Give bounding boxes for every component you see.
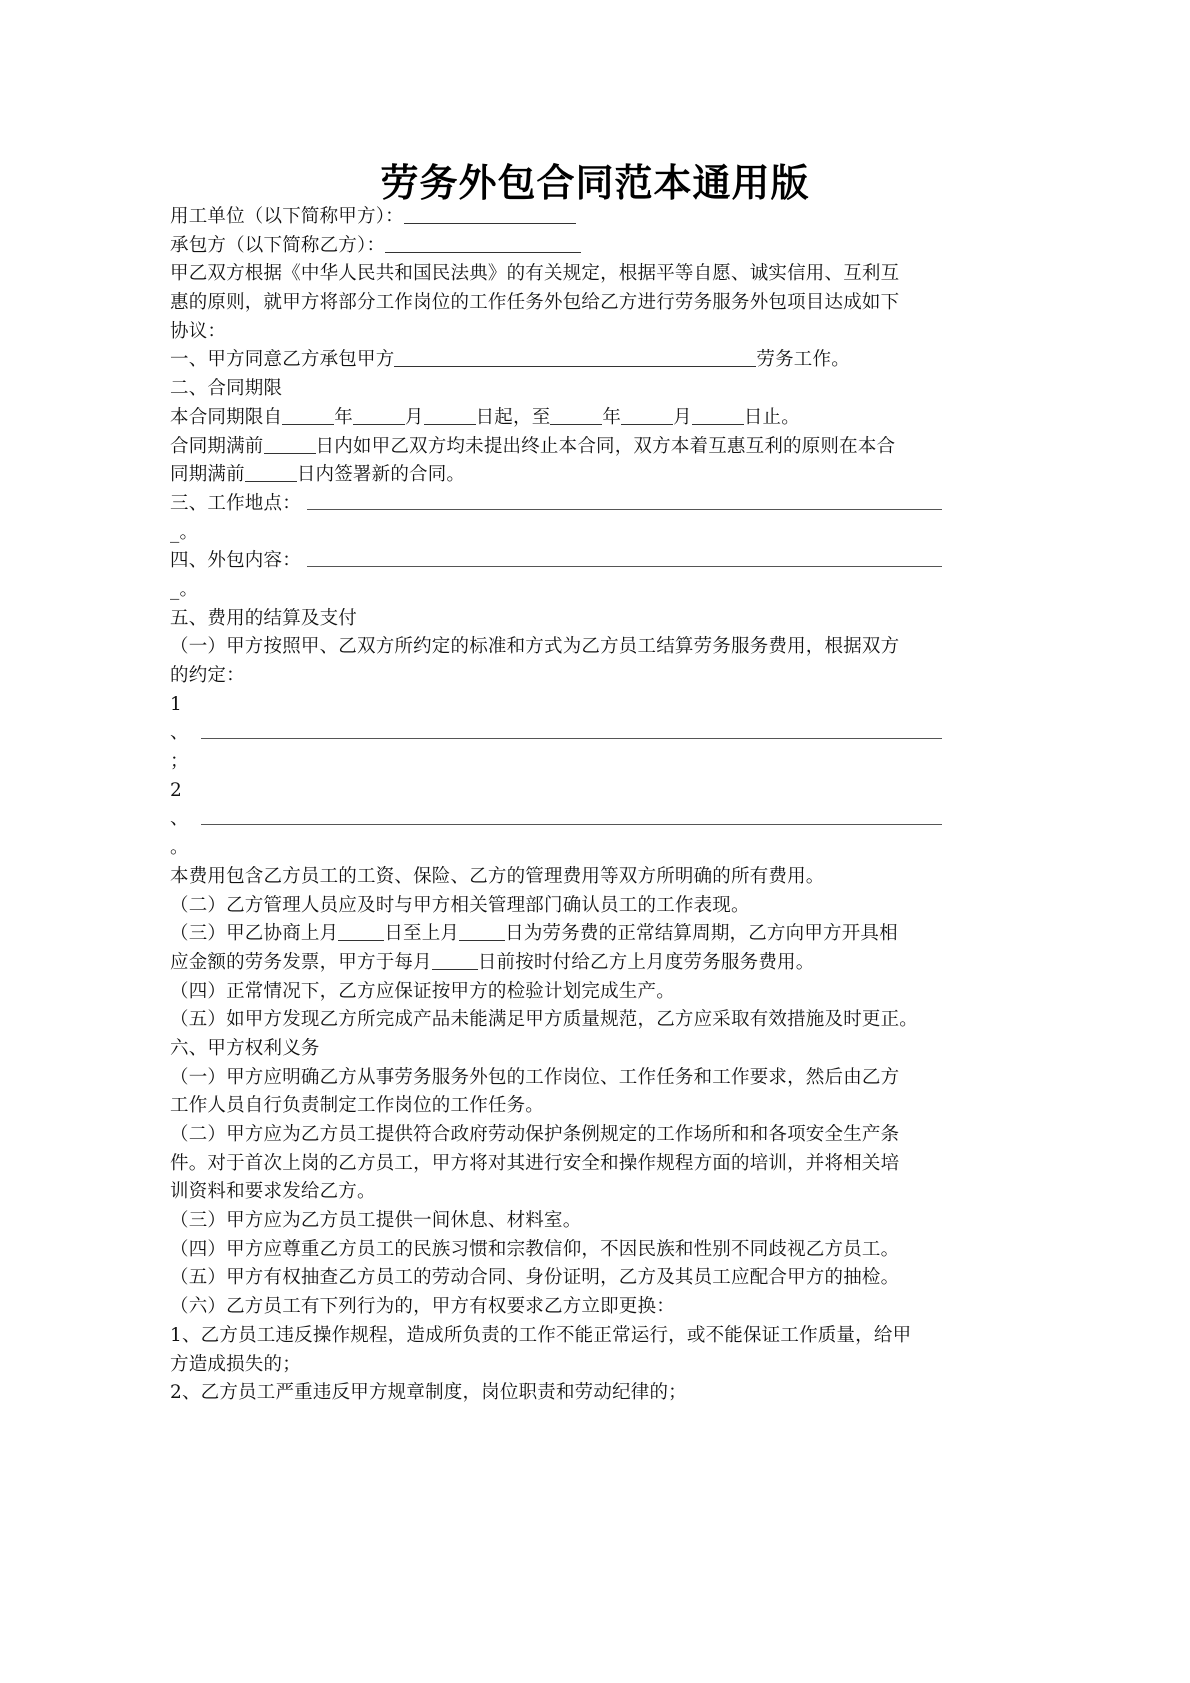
item-1-end: ； [170,748,942,777]
start-day-blank[interactable] [424,405,476,425]
renewal-text: 日内如甲乙双方均未提出终止本合同，双方本着互惠互利的原则在本合 [316,436,896,457]
section-6-line: （三）甲方应为乙方员工提供一间休息、材料室。 [170,1207,942,1236]
term-text: 日止。 [744,407,800,428]
item-1-number: 1 [170,691,942,720]
p3-text: 日至上月 [384,923,459,944]
work-location-label: 三、工作地点： [170,490,301,519]
section-6-heading: 六、甲方权利义务 [170,1035,942,1064]
fee-note: 本费用包含乙方员工的工资、保险、乙方的管理费用等双方所明确的所有费用。 [170,863,942,892]
contract-term-line: 本合同期限自年月日起，至年月日止。 [170,404,942,433]
renewal-line: 合同期满前日内如甲乙双方均未提出终止本合同，双方本着互惠互利的原则在本合 [170,433,942,462]
term-text: 日起，至 [476,407,551,428]
end-month-blank[interactable] [621,405,673,425]
section-6-line: 1、乙方员工违反操作规程，造成所负责的工作不能正常运行，或不能保证工作质量，给甲 [170,1322,942,1351]
pay-day-blank[interactable] [432,950,478,970]
preamble-line: 协议： [170,318,942,347]
item-2-blank[interactable] [201,805,942,825]
section-1-blank[interactable] [394,347,756,367]
section-5-p2: （二）乙方管理人员应及时与甲方相关管理部门确认员工的工作表现。 [170,892,942,921]
term-text: 月 [405,407,424,428]
term-text: 月 [673,407,692,428]
section-5-p5: （五）如甲方发现乙方所完成产品未能满足甲方质量规范，乙方应采取有效措施及时更正。 [170,1006,942,1035]
section-5-p3: （三）甲乙协商上月日至上月日为劳务费的正常结算周期，乙方向甲方开具相 [170,920,942,949]
party-b-label: 承包方（以下简称乙方）： [170,235,385,256]
section-5-p4: （四）正常情况下，乙方应保证按甲方的检验计划完成生产。 [170,978,942,1007]
section-6-line: （二）甲方应为乙方员工提供符合政府劳动保护条例规定的工作场所和和各项安全生产条 [170,1121,942,1150]
section-1: 一、甲方同意乙方承包甲方劳务工作。 [170,346,942,375]
section-6-line: 件。对于首次上岗的乙方员工，甲方将对其进行安全和操作规程方面的培训，并将相关培 [170,1150,942,1179]
item-2-end: 。 [170,834,942,863]
section-6-line: （一）甲方应明确乙方从事劳务服务外包的工作岗位、工作任务和工作要求，然后由乙方 [170,1064,942,1093]
period-end-day-blank[interactable] [459,921,505,941]
document-page: 劳务外包合同范本通用版 用工单位（以下简称甲方）： 承包方（以下简称乙方）： 甲… [0,0,1190,1683]
sign-days-blank[interactable] [245,462,297,482]
renewal-days-blank[interactable] [264,434,316,454]
section-6-line: 训资料和要求发给乙方。 [170,1178,942,1207]
party-a-blank[interactable] [404,204,576,224]
section-1-suffix: 劳务工作。 [756,349,850,370]
term-text: 本合同期限自 [170,407,282,428]
section-5-p3: 应金额的劳务发票，甲方于每月日前按时付给乙方上月度劳务服务费用。 [170,949,942,978]
party-a-label: 用工单位（以下简称甲方）： [170,206,404,227]
item-2-number: 2 [170,777,942,806]
section-3-tail: _。 [170,519,942,548]
p3-text: （三）甲乙协商上月 [170,923,338,944]
work-location-blank[interactable] [307,490,942,510]
section-6-line: 2、乙方员工严重违反甲方规章制度，岗位职责和劳动纪律的； [170,1379,942,1408]
section-3-line: 三、工作地点： [170,490,942,519]
section-6-line: 工作人员自行负责制定工作岗位的工作任务。 [170,1092,942,1121]
term-text: 年 [602,407,621,428]
outsource-content-label: 四、外包内容： [170,547,301,576]
section-5-p1: （一）甲方按照甲、乙双方所约定的标准和方式为乙方员工结算劳务服务费用，根据双方 [170,633,942,662]
renewal-line: 同期满前日内签署新的合同。 [170,461,942,490]
renewal-text: 合同期满前 [170,436,264,457]
item-2-line: 、 [170,805,942,834]
document-title: 劳务外包合同范本通用版 [0,152,1190,207]
section-6-line: 方造成损失的； [170,1351,942,1380]
party-b-blank[interactable] [385,233,581,253]
end-day-blank[interactable] [692,405,744,425]
p3-text: 应金额的劳务发票，甲方于每月 [170,952,432,973]
end-year-blank[interactable] [550,405,602,425]
renewal-text: 同期满前 [170,464,245,485]
item-1-line: 、 [170,719,942,748]
period-start-day-blank[interactable] [338,921,384,941]
item-1-blank[interactable] [201,719,942,739]
party-a-line: 用工单位（以下简称甲方）： [170,203,942,232]
section-6-line: （五）甲方有权抽查乙方员工的劳动合同、身份证明，乙方及其员工应配合甲方的抽检。 [170,1264,942,1293]
section-1-prefix: 一、甲方同意乙方承包甲方 [170,349,394,370]
start-year-blank[interactable] [282,405,334,425]
section-2-heading: 二、合同期限 [170,375,942,404]
item-2-sep: 、 [170,805,189,834]
section-5-heading: 五、费用的结算及支付 [170,605,942,634]
section-4-tail: _。 [170,576,942,605]
section-5-p1: 的约定： [170,662,942,691]
preamble-line: 甲乙双方根据《中华人民共和国民法典》的有关规定，根据平等自愿、诚实信用、互利互 [170,260,942,289]
item-1-sep: 、 [170,719,189,748]
p3-text: 日前按时付给乙方上月度劳务服务费用。 [478,952,815,973]
outsource-content-blank[interactable] [307,547,942,567]
section-6-line: （六）乙方员工有下列行为的，甲方有权要求乙方立即更换： [170,1293,942,1322]
section-6-line: （四）甲方应尊重乙方员工的民族习惯和宗教信仰，不因民族和性别不同歧视乙方员工。 [170,1236,942,1265]
document-body: 用工单位（以下简称甲方）： 承包方（以下简称乙方）： 甲乙双方根据《中华人民共和… [170,203,942,1408]
renewal-text: 日内签署新的合同。 [297,464,465,485]
section-4-line: 四、外包内容： [170,547,942,576]
p3-text: 日为劳务费的正常结算周期，乙方向甲方开具相 [505,923,898,944]
preamble-line: 惠的原则，就甲方将部分工作岗位的工作任务外包给乙方进行劳务服务外包项目达成如下 [170,289,942,318]
party-b-line: 承包方（以下简称乙方）： [170,232,942,261]
start-month-blank[interactable] [353,405,405,425]
term-text: 年 [334,407,353,428]
